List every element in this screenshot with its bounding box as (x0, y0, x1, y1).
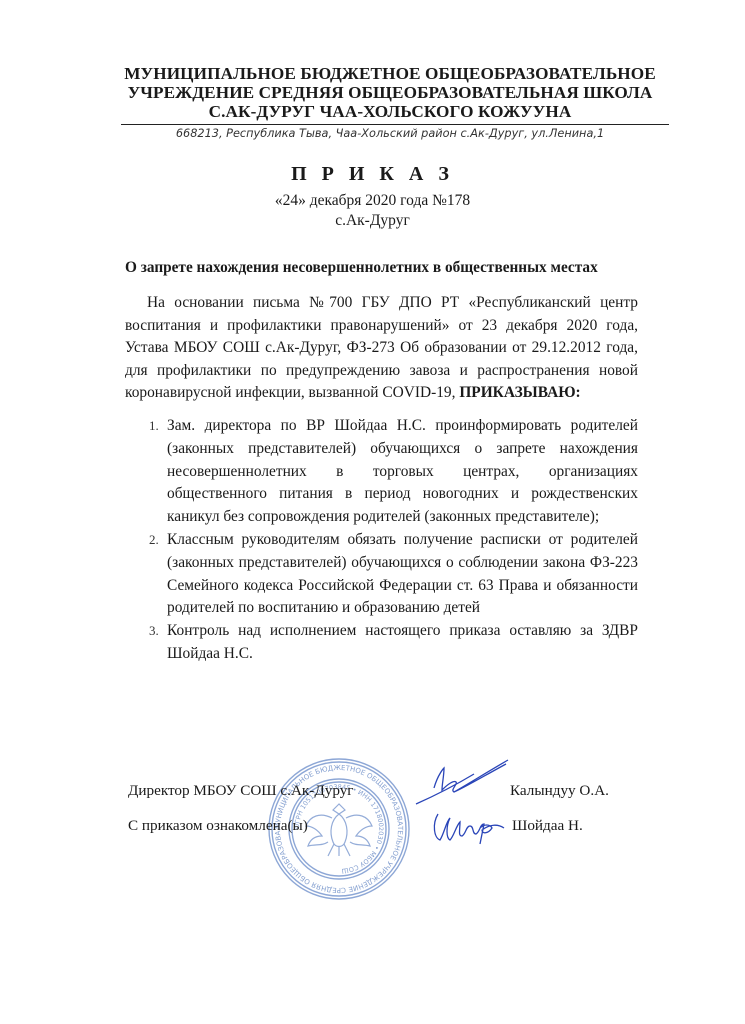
letterhead-org-name: МУНИЦИПАЛЬНОЕ БЮДЖЕТНОЕ ОБЩЕОБРАЗОВАТЕЛЬ… (110, 64, 670, 121)
order-word: ПРИКАЗЫВАЮ: (459, 384, 580, 401)
letterhead-divider (121, 124, 669, 125)
order-date-number: «24» декабря 2020 года №178 (0, 192, 745, 210)
item-text: Классным руководителям обязать получение… (167, 531, 638, 616)
acquainted-name: Шойдаа Н. (512, 817, 583, 835)
acquainted-signature-icon (430, 808, 514, 852)
acquainted-label: С приказом ознакомлена(ы) (128, 817, 308, 835)
item-text: Зам. директора по ВР Шойдаа Н.С. проинфо… (167, 417, 638, 525)
order-item: 2.Классным руководителям обязать получен… (140, 529, 638, 620)
order-item: 3.Контроль над исполнением настоящего пр… (140, 620, 638, 666)
letterhead-line-2: УЧРЕЖДЕНИЕ СРЕДНЯЯ ОБЩЕОБРАЗОВАТЕЛЬНАЯ Ш… (110, 83, 670, 102)
letterhead-address: 668213, Республика Тыва, Чаа-Хольский ра… (110, 127, 670, 140)
letterhead-line-3: С.АК-ДУРУГ ЧАА-ХОЛЬСКОГО КОЖУУНА (110, 102, 670, 121)
order-document: МУНИЦИПАЛЬНОЕ БЮДЖЕТНОЕ ОБЩЕОБРАЗОВАТЕЛЬ… (0, 0, 745, 1024)
order-preamble: На основании письма №700 ГБУ ДПО РТ «Рес… (125, 292, 638, 405)
letterhead-line-1: МУНИЦИПАЛЬНОЕ БЮДЖЕТНОЕ ОБЩЕОБРАЗОВАТЕЛЬ… (110, 64, 670, 83)
order-place: с.Ак-Дуруг (0, 212, 745, 230)
item-number: 1. (149, 415, 159, 438)
director-name: Калындуу О.А. (510, 782, 609, 800)
item-text: Контроль над исполнением настоящего прик… (167, 622, 638, 662)
order-subject: О запрете нахождения несовершеннолетних … (125, 259, 598, 277)
order-items: 1.Зам. директора по ВР Шойдаа Н.С. проин… (140, 415, 638, 666)
item-number: 2. (149, 529, 159, 552)
order-item: 1.Зам. директора по ВР Шойдаа Н.С. проин… (140, 415, 638, 529)
item-number: 3. (149, 620, 159, 643)
document-title: П Р И К А З (0, 163, 745, 186)
director-label: Директор МБОУ СОШ с.Ак-Дуруг (128, 782, 354, 800)
director-signature-icon (414, 758, 514, 808)
